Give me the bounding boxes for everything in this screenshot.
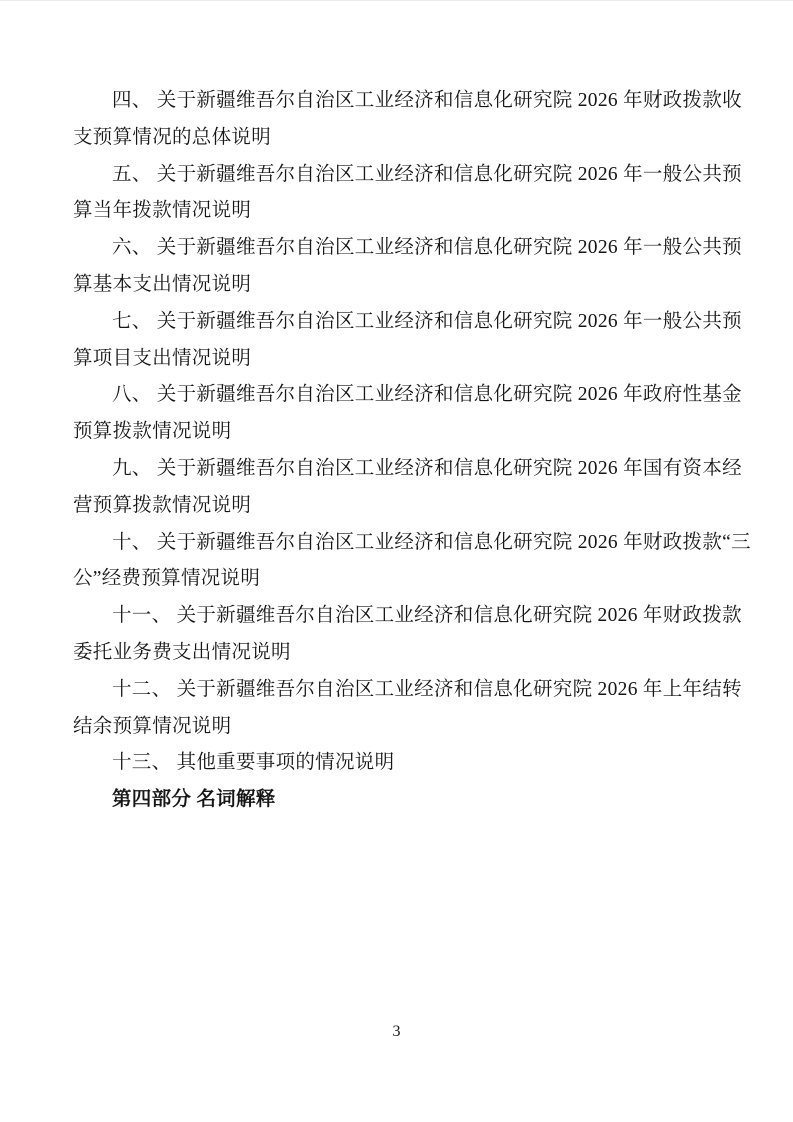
toc-item-6-line-1: 六、 关于新疆维吾尔自治区工业经济和信息化研究院 2026 年一般公共预 bbox=[73, 230, 733, 267]
toc-item-5-line-2: 算当年拨款情况说明 bbox=[73, 193, 733, 230]
toc-item-10-line-1: 十、 关于新疆维吾尔自治区工业经济和信息化研究院 2026 年财政拨款“三 bbox=[73, 525, 733, 562]
toc-item-11-line-1: 十一、 关于新疆维吾尔自治区工业经济和信息化研究院 2026 年财政拨款 bbox=[73, 598, 733, 635]
toc-item-12-line-2: 结余预算情况说明 bbox=[73, 709, 733, 746]
toc-item-7-line-1: 七、 关于新疆维吾尔自治区工业经济和信息化研究院 2026 年一般公共预 bbox=[73, 304, 733, 341]
toc-item-8-line-1: 八、 关于新疆维吾尔自治区工业经济和信息化研究院 2026 年政府性基金 bbox=[73, 377, 733, 414]
page-number: 3 bbox=[0, 1023, 793, 1041]
section-heading-part-4: 第四部分 名词解释 bbox=[73, 782, 733, 819]
toc-item-8-line-2: 预算拨款情况说明 bbox=[73, 414, 733, 451]
toc-item-4-line-2: 支预算情况的总体说明 bbox=[73, 120, 733, 157]
toc-item-7-line-2: 算项目支出情况说明 bbox=[73, 341, 733, 378]
toc-item-10-line-2: 公”经费预算情况说明 bbox=[73, 561, 733, 598]
toc-item-9-line-2: 营预算拨款情况说明 bbox=[73, 488, 733, 525]
toc-item-5-line-1: 五、 关于新疆维吾尔自治区工业经济和信息化研究院 2026 年一般公共预 bbox=[73, 157, 733, 194]
toc-item-6-line-2: 算基本支出情况说明 bbox=[73, 267, 733, 304]
document-page: 四、 关于新疆维吾尔自治区工业经济和信息化研究院 2026 年财政拨款收 支预算… bbox=[0, 0, 793, 1122]
toc-item-4-line-1: 四、 关于新疆维吾尔自治区工业经济和信息化研究院 2026 年财政拨款收 bbox=[73, 83, 733, 120]
toc-item-9-line-1: 九、 关于新疆维吾尔自治区工业经济和信息化研究院 2026 年国有资本经 bbox=[73, 451, 733, 488]
toc-item-11-line-2: 委托业务费支出情况说明 bbox=[73, 635, 733, 672]
toc-item-12-line-1: 十二、 关于新疆维吾尔自治区工业经济和信息化研究院 2026 年上年结转 bbox=[73, 672, 733, 709]
table-of-contents: 四、 关于新疆维吾尔自治区工业经济和信息化研究院 2026 年财政拨款收 支预算… bbox=[73, 83, 733, 819]
toc-item-13-line-1: 十三、 其他重要事项的情况说明 bbox=[73, 745, 733, 782]
